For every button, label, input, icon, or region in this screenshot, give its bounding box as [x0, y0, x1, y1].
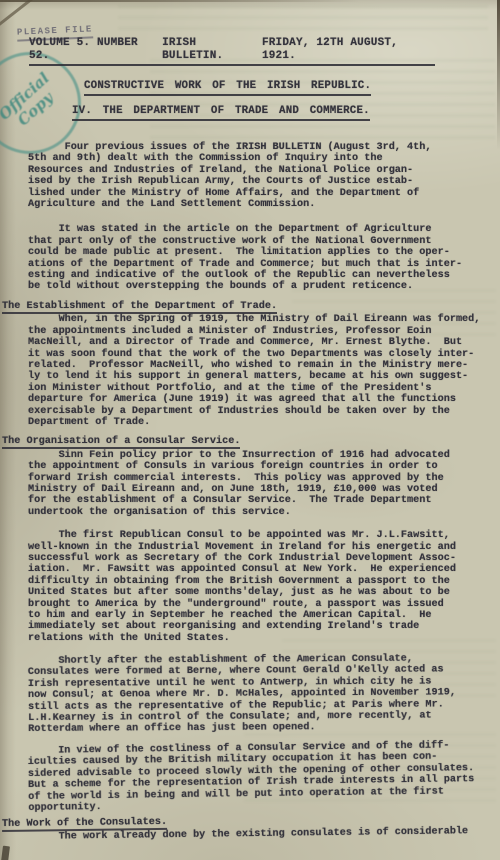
article-headline: CONSTRUCTIVE WORK OF THE IRISH REPUBLIC. — [84, 80, 371, 96]
section-heading-establishment: The Establishment of the Department of T… — [2, 301, 490, 312]
paragraph-consulates-formed: Shortly after the establishment of the A… — [28, 653, 490, 736]
article-body: Four previous issues of the IRISH BULLET… — [28, 142, 490, 843]
page-fold-corner — [0, 0, 38, 27]
section-heading-text: The Organisation of a Consular Service. — [2, 436, 240, 449]
masthead-volume-number: VOLUME 5. NUMBER 52. — [29, 37, 162, 63]
paragraph-sinn-fein-policy: Sinn Fein policy prior to the Insurrecti… — [28, 450, 490, 518]
paragraph-limitation: It was stated in the article on the Depa… — [28, 224, 490, 292]
paragraph-ministry-1919: When, in the Spring of 1919, the Ministr… — [28, 314, 490, 428]
official-copy-stamp: Official Copy — [0, 52, 81, 154]
page-top-edge-shadow — [0, 0, 360, 2]
article-subheadline: IV. THE DEPARTMENT OF TRADE AND COMMERCE… — [72, 105, 370, 121]
paragraph-costliness: In view of the costliness of a Consular … — [28, 740, 491, 814]
paragraph-previous-issues: Four previous issues of the IRISH BULLET… — [28, 142, 490, 210]
section-heading-text: The Establishment of the Department of T… — [2, 301, 277, 314]
section-heading-consular-service: The Organisation of a Consular Service. — [2, 436, 490, 447]
masthead-date: FRIDAY, 12TH AUGUST, 1921. — [262, 37, 435, 63]
section-heading-text: The Work of the Consulates. — [2, 816, 167, 831]
bottom-left-ink-mark — [1, 846, 10, 860]
scanned-document-page: PLEASE FILE Official Copy VOLUME 5. NUMB… — [0, 0, 500, 860]
bleed-through-texture — [150, 56, 495, 142]
paragraph-first-consul: The first Republican Consul to be appoin… — [28, 530, 490, 644]
bleed-through-texture — [118, 2, 488, 32]
masthead: VOLUME 5. NUMBER 52. IRISH BULLETIN. FRI… — [29, 37, 435, 66]
masthead-publication-title: IRISH BULLETIN. — [162, 37, 262, 63]
